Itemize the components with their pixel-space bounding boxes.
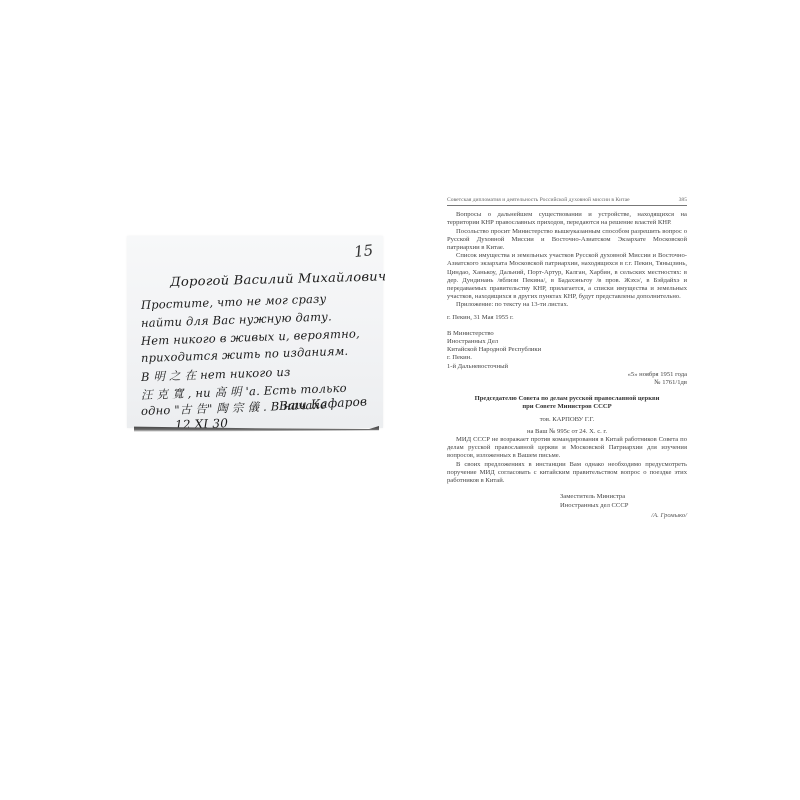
note-line: приходится жить по изданиям. — [141, 344, 349, 365]
reference: на Ваш № 995с от 24. X. с. г. — [447, 428, 687, 436]
archive-page-number: 15 — [353, 241, 374, 261]
document-heading: при Совете Министров СССР — [447, 403, 687, 411]
paragraph: В своих предложениях в инстанции Вам одн… — [447, 461, 687, 486]
note-greeting: Дорогой Василий Михайлович — [170, 268, 387, 289]
addressee-line: Иностранных Дел — [447, 338, 687, 346]
addressee-line: г. Пекин. — [447, 354, 687, 362]
note-line: Простите, что не мог сразу — [141, 292, 327, 312]
recipient: тов. КАРПОВУ Г.Г. — [447, 416, 687, 424]
handwritten-note: 15 Дорогой Василий Михайлович Простите, … — [127, 236, 383, 428]
place-date: г. Пекин, 31 Мая 1955 г. — [447, 314, 687, 322]
addressee-line: 1-й Дальневосточный — [447, 363, 687, 371]
signatory-title: Заместитель Министра — [560, 493, 687, 501]
printed-page: Советская дипломатия и деятельность Росс… — [447, 196, 687, 520]
addressee-line: В Министерство — [447, 330, 687, 338]
paragraph: Вопросы о дальнейшем существовании и уст… — [447, 211, 687, 227]
note-line: найти для Вас нужную дату. — [141, 309, 332, 330]
addressee-block: В Министерство Иностранных Дел Китайской… — [447, 330, 687, 371]
signatory-name: /А. Громыко/ — [447, 512, 687, 520]
attachment-note: Приложение: по тексту на 13-ти листах. — [447, 301, 687, 309]
running-head-title: Советская дипломатия и деятельность Росс… — [447, 196, 630, 204]
paragraph: Список имущества и земельных участков Ру… — [447, 252, 687, 301]
addressee-line: Китайской Народной Республики — [447, 346, 687, 354]
document-heading: Председателю Совета по делам русской пра… — [447, 395, 687, 403]
signatory-title: Иностранных дел СССР — [560, 502, 687, 510]
document-date: «5» ноября 1951 года — [447, 371, 687, 379]
paragraph: МИД СССР не возражает против командирова… — [447, 436, 687, 461]
page-number: 385 — [679, 196, 687, 204]
document-number: № 1761/1дв — [447, 379, 687, 387]
running-head: Советская дипломатия и деятельность Росс… — [447, 196, 687, 206]
paragraph: Посольство просит Министерство вышеуказа… — [447, 228, 687, 253]
signatory-block: Заместитель Министра Иностранных дел ССС… — [560, 493, 687, 509]
